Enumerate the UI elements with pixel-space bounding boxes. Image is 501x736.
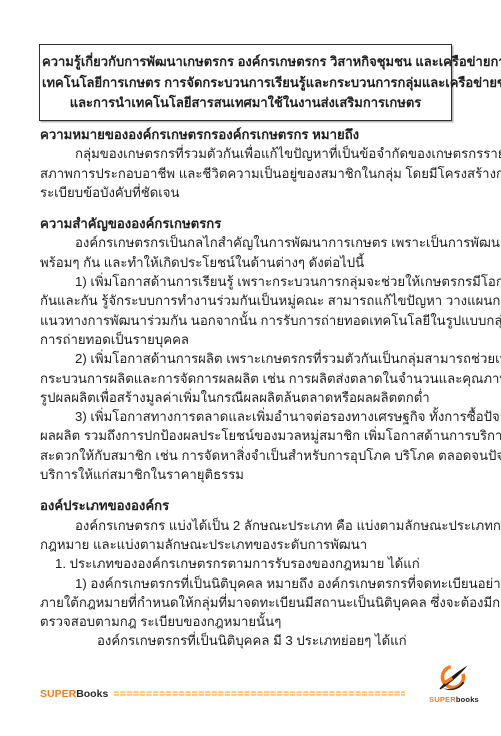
text-line: กฎหมาย และแบ่งตามลักษณะประเภทของระดับการ… [40, 535, 464, 554]
brand-suffix: Books [76, 688, 108, 700]
text-line: การถ่ายทอดเป็นรายบุคคล [40, 330, 464, 349]
text-line: ตรวจสอบตามกฎ ระเบียบของกฎหมายนั้นๆ [40, 612, 464, 631]
section-meaning: ความหมายขององค์กรเกษตรกรองค์กรเกษตรกร หม… [40, 125, 464, 202]
text-line: กันและกัน รู้จักระบบการทำงานร่วมกันเป็นห… [40, 291, 464, 310]
text-line: สภาพการประกอบอาชีพ และชีวิตความเป็นอยู่ข… [40, 164, 464, 183]
logo-text: SUPERbooks [429, 696, 477, 704]
text-line: องค์กรเกษตรกร แบ่งได้เป็น 2 ลักษณะประเภท… [40, 516, 464, 535]
text-line: ภายใต้กฎหมายที่กำหนดให้กลุ่มที่มาจดทะเบี… [40, 593, 464, 612]
title-line: เทคโนโลยีการเกษตร การจัดกระบวนการเรียนรู… [42, 73, 449, 94]
superbooks-swoosh-logo-icon [437, 662, 469, 696]
section-heading: ความหมายขององค์กรเกษตรกรองค์กรเกษตรกร หม… [40, 125, 464, 144]
section-importance: ความสำคัญขององค์กรเกษตรกร องค์กรเกษตรกรเ… [40, 214, 464, 484]
document-body: ความหมายขององค์กรเกษตรกรองค์กรเกษตรกร หม… [40, 125, 464, 651]
text-line: 1. ประเภทขององค์กรเกษตรกรตามการรับรองของ… [40, 554, 464, 573]
text-line: 1) องค์กรเกษตรกรที่เป็นนิติบุคคล หมายถึง… [40, 574, 464, 593]
brand-prefix: SUPER [429, 695, 456, 704]
text-line: 3) เพิ่มโอกาสทางการตลาดและเพิ่มอำนาจต่อร… [40, 407, 464, 426]
footer-divider-line: ========================================… [113, 688, 405, 700]
text-line: กลุ่มของเกษตรกรที่รวมตัวกันเพื่อแก้ไขปัญ… [40, 144, 464, 163]
text-line: 2) เพิ่มโอกาสด้านการผลิต เพราะเกษตรกรที่… [40, 349, 464, 368]
title-box: ความรู้เกี่ยวกับการพัฒนาเกษตรกร องค์กรเก… [39, 44, 452, 121]
text-line: ระเบียบข้อบังคับที่ชัดเจน [40, 183, 464, 202]
title-line: ความรู้เกี่ยวกับการพัฒนาเกษตรกร องค์กรเก… [42, 52, 449, 73]
footer-brand: SUPERBooks =============================… [40, 688, 405, 700]
brand-prefix: SUPER [40, 688, 76, 700]
text-line: องค์กรเกษตรกรที่เป็นนิติบุคคล มี 3 ประเภ… [40, 631, 464, 650]
text-line: กระบวนการผลิตและการจัดการผลผลิต เช่น การ… [40, 369, 464, 388]
section-heading: ความสำคัญขององค์กรเกษตรกร [40, 214, 464, 233]
text-line: ผลผลิต รวมถึงการปกป้องผลประโยชน์ของมวลหม… [40, 426, 464, 445]
text-line: พร้อมๆ กัน และทำให้เกิดประโยชน์ในด้านต่า… [40, 253, 464, 272]
text-line: องค์กรเกษตรกรเป็นกลไกสำคัญในการพัฒนาการเ… [40, 233, 464, 252]
text-line: สะดวกให้กับสมาชิก เช่น การจัดหาสิ่งจำเป็… [40, 446, 464, 465]
section-heading: องค์ประเภทขององค์กร [40, 496, 464, 515]
brand-suffix: books [456, 695, 479, 704]
section-types: องค์ประเภทขององค์กร องค์กรเกษตรกร แบ่งได… [40, 496, 464, 650]
superbooks-logo: SUPERbooks [429, 662, 477, 704]
text-line: 1) เพิ่มโอกาสด้านการเรียนรู้ เพราะกระบวน… [40, 272, 464, 291]
text-line: บริการให้แก่สมาชิกในราคายุติธรรม [40, 465, 464, 484]
text-line: แนวทางการพัฒนาร่วมกัน นอกจากนั้น การรับก… [40, 311, 464, 330]
text-line: รูปผลผลิตเพื่อสร้างมูลค่าเพิ่มในกรณีผลผล… [40, 388, 464, 407]
title-line: และการนำเทคโนโลยีสารสนเทศมาใช้ในงานส่งเส… [42, 93, 449, 114]
document-page: ความรู้เกี่ยวกับการพัฒนาเกษตรกร องค์กรเก… [0, 0, 501, 736]
